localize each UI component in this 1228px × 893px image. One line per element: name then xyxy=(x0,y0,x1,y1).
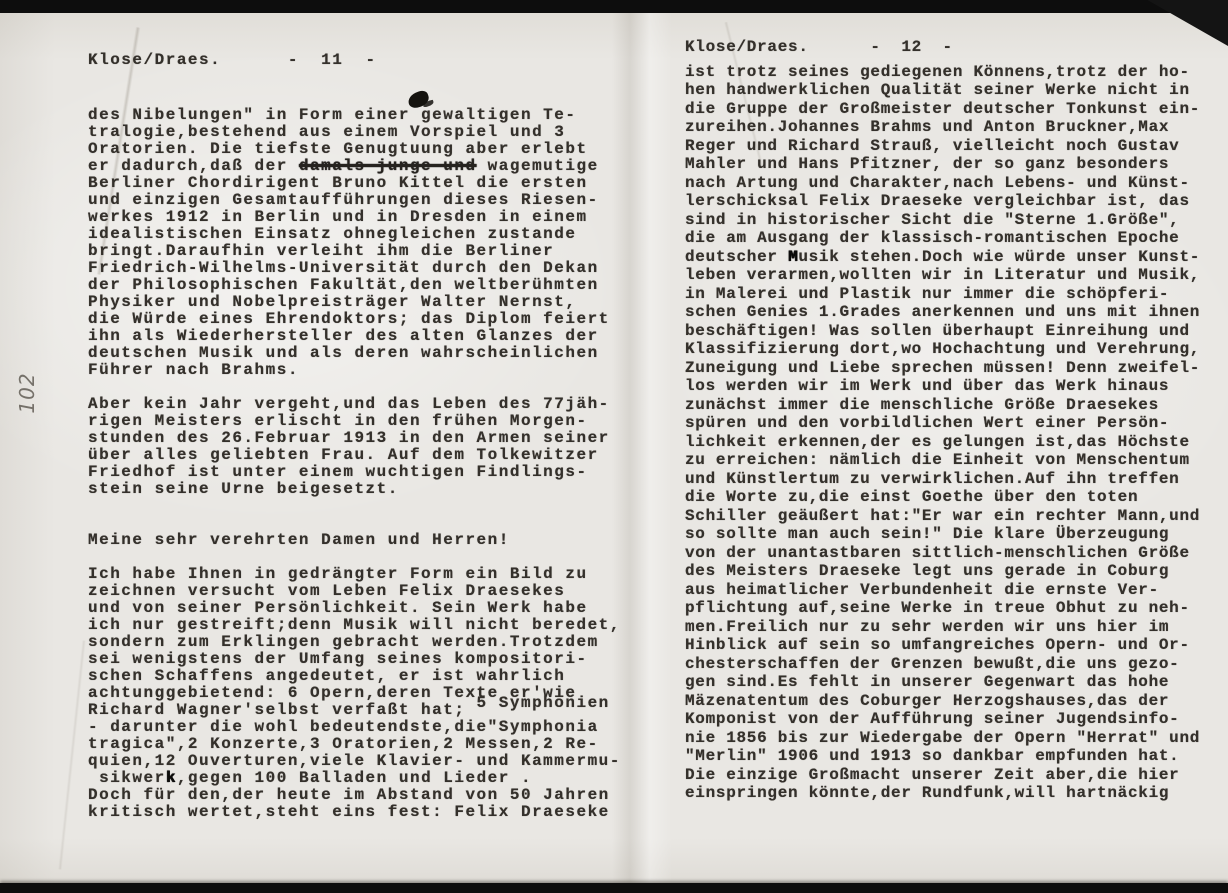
text-segment: hen handwerklichen Qualität seiner Werke… xyxy=(685,81,1190,99)
overtyped-text: k xyxy=(166,769,177,787)
paper-crease xyxy=(58,640,86,869)
text-segment: Doch für den,der heute im Abstand von 50… xyxy=(88,786,610,804)
text-line: men.Freilich nur zu sehr werden wir uns … xyxy=(685,618,1227,637)
typewritten-page-11: Klose/Draes. - 11 - des Nibelungen" in F… xyxy=(88,52,634,824)
text-segment: die am Ausgang der klassisch-romantische… xyxy=(685,229,1179,247)
handwritten-margin-note: 102 xyxy=(0,358,62,428)
text-line: Hinblick auf sein so umfangreiches Opern… xyxy=(685,636,1227,655)
text-segment: Meine sehr verehrten Damen und Herren! xyxy=(88,531,510,549)
text-line: lichkeit erkennen,der es gelungen ist,da… xyxy=(685,433,1227,452)
text-segment: lichkeit erkennen,der es gelungen ist,da… xyxy=(685,433,1190,451)
text-segment: stein seine Urne beigesetzt. xyxy=(88,480,399,498)
text-line xyxy=(88,549,634,566)
text-line: deutschen Musik und als deren wahrschein… xyxy=(88,345,634,362)
text-line: "Merlin" 1906 und 1913 so dankbar empfun… xyxy=(685,747,1227,766)
text-segment: sikwer xyxy=(88,769,166,787)
text-line: hen handwerklichen Qualität seiner Werke… xyxy=(685,81,1227,100)
text-segment: pflichtung auf,seine Werke in treue Obhu… xyxy=(685,599,1190,617)
text-segment: zureihen.Johannes Brahms und Anton Bruck… xyxy=(685,118,1169,136)
text-segment: ihn als Wiederhersteller des alten Glanz… xyxy=(88,327,599,345)
text-line: über alles geliebten Frau. Auf dem Tolke… xyxy=(88,447,634,464)
text-line: der Philosophischen Fakultät,den weltber… xyxy=(88,277,634,294)
text-segment: schen Schaffens angedeutet, er ist wahrl… xyxy=(88,667,565,685)
text-segment: Berliner Chordirigent Bruno Kittel die e… xyxy=(88,174,588,192)
text-segment: Reger und Richard Strauß, vielleicht noc… xyxy=(685,137,1179,155)
text-line: Mahler und Hans Pfitzner, der so ganz be… xyxy=(685,155,1227,174)
text-line: von der unantastbaren sittlich-menschlic… xyxy=(685,544,1227,563)
text-segment: der Philosophischen Fakultät,den weltber… xyxy=(88,276,599,294)
text-line: chesterschaffen der Grenzen bewußt,die u… xyxy=(685,655,1227,674)
text-segment: die Worte zu,die einst Goethe über den t… xyxy=(685,488,1138,506)
raised-text: 5 Symphonien xyxy=(465,694,609,712)
scanner-edge-bottom xyxy=(0,883,1228,893)
overtyped-text: M xyxy=(788,248,798,266)
text-segment: - darunter die wohl bedeutendste,die"Sym… xyxy=(88,718,599,736)
text-line: und Künstlertum zu verwirklichen.Auf ihn… xyxy=(685,470,1227,489)
text-line: los werden wir im Werk und über das Werk… xyxy=(685,377,1227,396)
text-line: bringt.Daraufhin verleiht ihm die Berlin… xyxy=(88,243,634,260)
text-segment: Friedhof ist unter einem wuchtigen Findl… xyxy=(88,463,588,481)
text-line: pflichtung auf,seine Werke in treue Obhu… xyxy=(685,599,1227,618)
text-segment: von der unantastbaren sittlich-menschlic… xyxy=(685,544,1190,562)
text-line xyxy=(88,515,634,532)
text-line: Friedrich-Wilhelms-Universität durch den… xyxy=(88,260,634,277)
text-segment: und einzigen Gesamtaufführungen dieses R… xyxy=(88,191,599,209)
text-segment: "Merlin" 1906 und 1913 so dankbar empfun… xyxy=(685,747,1179,765)
text-segment: sondern zum Erklingen gebracht werden.Tr… xyxy=(88,633,599,651)
text-segment: schen Genies 1.Grades anerkennen und uns… xyxy=(685,303,1200,321)
text-segment: ist trotz seines gediegenen Könnens,trot… xyxy=(685,63,1190,81)
text-segment: Richard Wagner'selbst verfaßt hat; xyxy=(88,701,465,719)
text-line: leben verarmen,wollten wir in Literatur … xyxy=(685,266,1227,285)
text-segment: aus heimatlicher Verbundenheit die ernst… xyxy=(685,581,1159,599)
text-segment: er dadurch,daß der xyxy=(88,157,299,175)
text-segment: die Würde eines Ehrendoktors; das Diplom… xyxy=(88,310,610,328)
text-segment: Zuneigung und Liebe sprechen müssen! Den… xyxy=(685,359,1200,377)
text-line: tragica",2 Konzerte,3 Oratorien,2 Messen… xyxy=(88,736,634,753)
text-line: Aber kein Jahr vergeht,und das Leben des… xyxy=(88,396,634,413)
text-line: gen sind.Es fehlt in unserer Gegenwart d… xyxy=(685,673,1227,692)
text-line: spüren und den vorbildlichen Wert einer … xyxy=(685,414,1227,433)
text-line: Friedhof ist unter einem wuchtigen Findl… xyxy=(88,464,634,481)
text-segment: Hinblick auf sein so umfangreiches Opern… xyxy=(685,636,1190,654)
text-line: zureihen.Johannes Brahms und Anton Bruck… xyxy=(685,118,1227,137)
text-segment: stunden des 26.Februar 1913 in den Armen… xyxy=(88,429,610,447)
text-line: zeichnen versucht vom Leben Felix Draese… xyxy=(88,583,634,600)
text-segment: über alles geliebten Frau. Auf dem Tolke… xyxy=(88,446,599,464)
text-line: schen Genies 1.Grades anerkennen und uns… xyxy=(685,303,1227,322)
text-segment: beschäftigen! Was sollen überhaupt Einre… xyxy=(685,322,1190,340)
text-segment: bringt.Daraufhin verleiht ihm die Berlin… xyxy=(88,242,554,260)
text-line: deutscher Musik stehen.Doch wie würde un… xyxy=(685,248,1227,267)
text-segment: spüren und den vorbildlichen Wert einer … xyxy=(685,414,1169,432)
text-segment: Mäzenatentum des Coburger Herzogshauses,… xyxy=(685,692,1169,710)
text-line: in Malerei und Plastik nur immer die sch… xyxy=(685,285,1227,304)
text-line xyxy=(88,498,634,515)
text-segment: tralogie,bestehend aus einem Vorspiel un… xyxy=(88,123,565,141)
text-line: stunden des 26.Februar 1913 in den Armen… xyxy=(88,430,634,447)
text-line: Oratorien. Die tiefste Genugtuung aber e… xyxy=(88,141,634,158)
text-segment: rigen Meisters erlischt in den frühen Mo… xyxy=(88,412,588,430)
text-segment: Oratorien. Die tiefste Genugtuung aber e… xyxy=(88,140,588,158)
text-segment: und von seiner Persönlichkeit. Sein Werk… xyxy=(88,599,588,617)
text-line: zunächst immer die menschliche Größe Dra… xyxy=(685,396,1227,415)
struck-text: damals junge und xyxy=(299,157,477,175)
text-line: Komponist von der Aufführung seiner Juge… xyxy=(685,710,1227,729)
text-segment: men.Freilich nur zu sehr werden wir uns … xyxy=(685,618,1169,636)
text-line: Richard Wagner'selbst verfaßt hat; 5 Sym… xyxy=(88,702,634,719)
text-segment: chesterschaffen der Grenzen bewußt,die u… xyxy=(685,655,1179,673)
text-line: einspringen könnte,der Rundfunk,will har… xyxy=(685,784,1227,803)
page-body: ist trotz seines gediegenen Könnens,trot… xyxy=(685,63,1227,803)
text-segment: wagemutige xyxy=(477,157,599,175)
text-segment: Klassifizierung dort,wo Hochachtung und … xyxy=(685,340,1200,358)
text-segment: in Malerei und Plastik nur immer die sch… xyxy=(685,285,1169,303)
text-line: aus heimatlicher Verbundenheit die ernst… xyxy=(685,581,1227,600)
text-segment: sind in historischer Sicht die "Sterne 1… xyxy=(685,211,1179,229)
text-line: stein seine Urne beigesetzt. xyxy=(88,481,634,498)
text-segment: die Gruppe der Großmeister deutscher Ton… xyxy=(685,100,1200,118)
text-line: kritisch wertet,steht eins fest: Felix D… xyxy=(88,804,634,821)
text-segment: deutscher xyxy=(685,248,788,266)
text-line: Reger und Richard Strauß, vielleicht noc… xyxy=(685,137,1227,156)
text-line: Führer nach Brahms. xyxy=(88,362,634,379)
text-segment: ,gegen 100 Balladen und Lieder . xyxy=(177,769,532,787)
text-line: Doch für den,der heute im Abstand von 50… xyxy=(88,787,634,804)
text-line xyxy=(88,379,634,396)
text-segment: nach Artung und Charakter,nach Lebens- u… xyxy=(685,174,1190,192)
text-line: des Nibelungen" in Form einer gewaltigen… xyxy=(88,107,634,124)
text-line: sondern zum Erklingen gebracht werden.Tr… xyxy=(88,634,634,651)
text-segment: zeichnen versucht vom Leben Felix Draese… xyxy=(88,582,565,600)
text-line: die Worte zu,die einst Goethe über den t… xyxy=(685,488,1227,507)
text-line: werkes 1912 in Berlin und in Dresden in … xyxy=(88,209,634,226)
text-line: Physiker und Nobelpreisträger Walter Ner… xyxy=(88,294,634,311)
text-segment: Physiker und Nobelpreisträger Walter Ner… xyxy=(88,293,576,311)
text-segment: lerschicksal Felix Draeseke vergleichbar… xyxy=(685,192,1190,210)
text-segment: leben verarmen,wollten wir in Literatur … xyxy=(685,266,1200,284)
scanned-paper: 102 Klose/Draes. - 11 - des Nibelungen" … xyxy=(0,0,1228,893)
text-line: schen Schaffens angedeutet, er ist wahrl… xyxy=(88,668,634,685)
text-line: nie 1856 bis zur Wiedergabe der Opern "H… xyxy=(685,729,1227,748)
text-line: ist trotz seines gediegenen Könnens,trot… xyxy=(685,63,1227,82)
text-line: Meine sehr verehrten Damen und Herren! xyxy=(88,532,634,549)
text-segment: gen sind.Es fehlt in unserer Gegenwart d… xyxy=(685,673,1169,691)
text-line: Berliner Chordirigent Bruno Kittel die e… xyxy=(88,175,634,192)
text-line: Mäzenatentum des Coburger Herzogshauses,… xyxy=(685,692,1227,711)
text-line: quien,12 Ouverturen,viele Klavier- und K… xyxy=(88,753,634,770)
text-line: und einzigen Gesamtaufführungen dieses R… xyxy=(88,192,634,209)
text-segment: sei wenigstens der Umfang seines komposi… xyxy=(88,650,588,668)
text-line: Die einzige Großmacht unserer Zeit aber,… xyxy=(685,766,1227,785)
text-line: zu erreichen: nämlich die Einheit von Me… xyxy=(685,451,1227,470)
text-line: lerschicksal Felix Draeseke vergleichbar… xyxy=(685,192,1227,211)
text-line: die am Ausgang der klassisch-romantische… xyxy=(685,229,1227,248)
text-segment: zunächst immer die menschliche Größe Dra… xyxy=(685,396,1159,414)
text-segment: des Meisters Draeseke legt uns gerade in… xyxy=(685,562,1169,580)
text-segment: quien,12 Ouverturen,viele Klavier- und K… xyxy=(88,752,621,770)
page-header: Klose/Draes. - 11 - xyxy=(88,52,634,69)
text-line: ich nur gestreift;denn Musik will nicht … xyxy=(88,617,634,634)
text-segment: des Nibelungen" in Form einer gewaltigen… xyxy=(88,106,576,124)
text-segment: los werden wir im Werk und über das Werk… xyxy=(685,377,1169,395)
text-segment: werkes 1912 in Berlin und in Dresden in … xyxy=(88,208,588,226)
text-segment: deutschen Musik und als deren wahrschein… xyxy=(88,344,599,362)
text-segment: einspringen könnte,der Rundfunk,will har… xyxy=(685,784,1169,802)
text-line: die Gruppe der Großmeister deutscher Ton… xyxy=(685,100,1227,119)
text-segment: ich nur gestreift;denn Musik will nicht … xyxy=(88,616,621,634)
text-segment: usik stehen.Doch wie würde unser Kunst- xyxy=(798,248,1200,266)
text-segment: kritisch wertet,steht eins fest: Felix D… xyxy=(88,803,610,821)
text-line: ihn als Wiederhersteller des alten Glanz… xyxy=(88,328,634,345)
text-segment: Ich habe Ihnen in gedrängter Form ein Bi… xyxy=(88,565,588,583)
text-segment: Komponist von der Aufführung seiner Juge… xyxy=(685,710,1179,728)
text-segment: tragica",2 Konzerte,3 Oratorien,2 Messen… xyxy=(88,735,599,753)
text-line: nach Artung und Charakter,nach Lebens- u… xyxy=(685,174,1227,193)
text-segment: und Künstlertum zu verwirklichen.Auf ihn… xyxy=(685,470,1179,488)
text-line: Klassifizierung dort,wo Hochachtung und … xyxy=(685,340,1227,359)
text-line: sikwerk,gegen 100 Balladen und Lieder . xyxy=(88,770,634,787)
scanner-edge-top xyxy=(0,0,1228,13)
page-body: des Nibelungen" in Form einer gewaltigen… xyxy=(88,107,634,821)
typewritten-page-12: Klose/Draes. - 12 - ist trotz seines ged… xyxy=(685,38,1227,816)
text-line: und von seiner Persönlichkeit. Sein Werk… xyxy=(88,600,634,617)
text-line: Schiller geäußert hat:"Er war ein rechte… xyxy=(685,507,1227,526)
text-segment: nie 1856 bis zur Wiedergabe der Opern "H… xyxy=(685,729,1200,747)
text-line: des Meisters Draeseke legt uns gerade in… xyxy=(685,562,1227,581)
text-line: er dadurch,daß der damals junge und wage… xyxy=(88,158,634,175)
text-line: - darunter die wohl bedeutendste,die"Sym… xyxy=(88,719,634,736)
text-line: rigen Meisters erlischt in den frühen Mo… xyxy=(88,413,634,430)
page-header: Klose/Draes. - 12 - xyxy=(685,38,1227,57)
text-line: tralogie,bestehend aus einem Vorspiel un… xyxy=(88,124,634,141)
text-segment: Die einzige Großmacht unserer Zeit aber,… xyxy=(685,766,1179,784)
text-line: sei wenigstens der Umfang seines komposi… xyxy=(88,651,634,668)
text-line: die Würde eines Ehrendoktors; das Diplom… xyxy=(88,311,634,328)
text-segment: zu erreichen: nämlich die Einheit von Me… xyxy=(685,451,1190,469)
text-segment: Führer nach Brahms. xyxy=(88,361,299,379)
text-segment: Aber kein Jahr vergeht,und das Leben des… xyxy=(88,395,610,413)
text-segment: Friedrich-Wilhelms-Universität durch den… xyxy=(88,259,599,277)
text-line: idealistischen Einsatz ohnegleichen zust… xyxy=(88,226,634,243)
text-line: so sollte man auch sein!" Die klare Über… xyxy=(685,525,1227,544)
text-line: sind in historischer Sicht die "Sterne 1… xyxy=(685,211,1227,230)
text-line: Ich habe Ihnen in gedrängter Form ein Bi… xyxy=(88,566,634,583)
text-line: Zuneigung und Liebe sprechen müssen! Den… xyxy=(685,359,1227,378)
text-segment: Mahler und Hans Pfitzner, der so ganz be… xyxy=(685,155,1169,173)
text-segment: so sollte man auch sein!" Die klare Über… xyxy=(685,525,1169,543)
text-segment: idealistischen Einsatz ohnegleichen zust… xyxy=(88,225,576,243)
text-segment: Schiller geäußert hat:"Er war ein rechte… xyxy=(685,507,1200,525)
text-line: beschäftigen! Was sollen überhaupt Einre… xyxy=(685,322,1227,341)
